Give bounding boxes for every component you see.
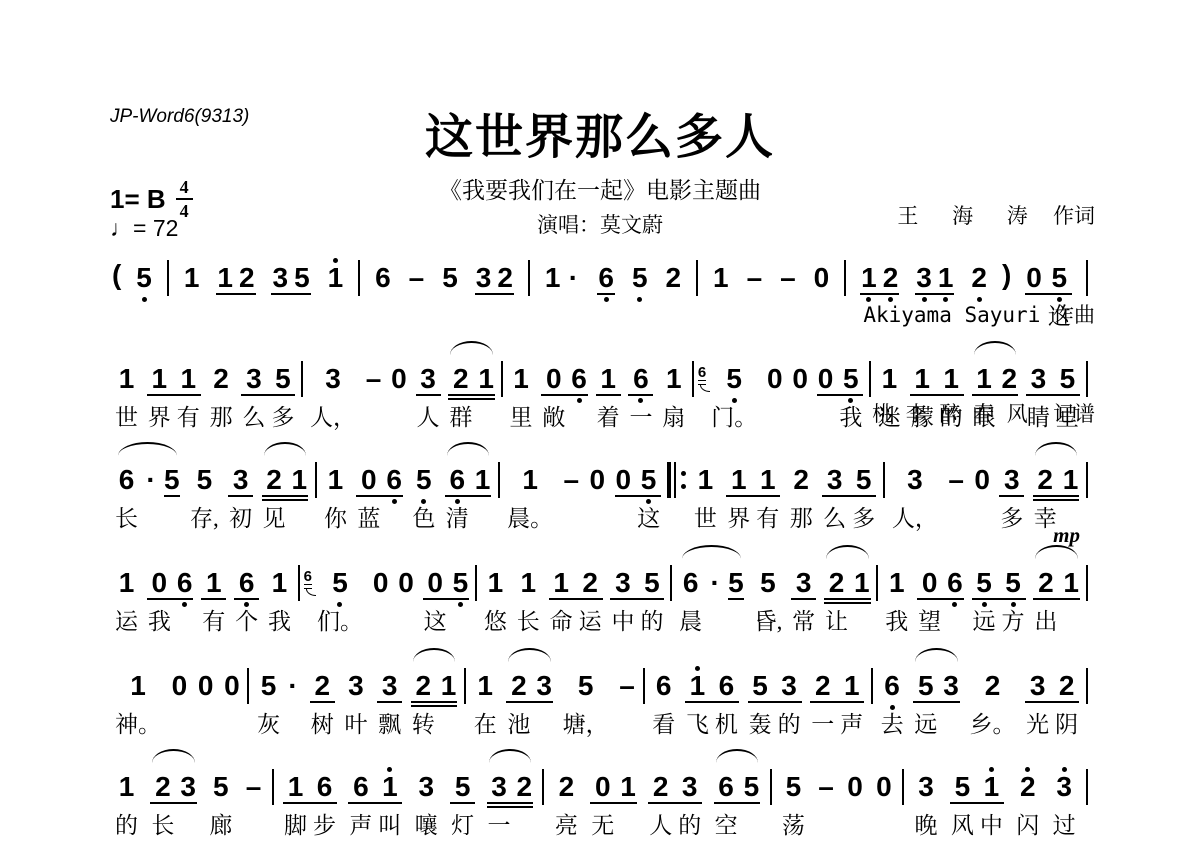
digit: 5: [133, 254, 155, 330]
digit-group: 5: [439, 254, 461, 330]
octave-dot-low: [182, 602, 187, 607]
tempo-marking: ♩= 72: [110, 215, 178, 242]
numeral: 6: [353, 772, 369, 802]
digit-group: 35: [269, 254, 312, 330]
slur-area: [346, 749, 404, 763]
lyric: 常: [792, 608, 815, 635]
lyric: 树: [311, 711, 334, 738]
numeral: 2: [971, 263, 987, 293]
note-token: 1迷: [875, 341, 904, 431]
digit-group: 3么5多: [820, 456, 878, 532]
digit-group: 2转1: [409, 662, 460, 738]
numeral: 5: [786, 772, 802, 802]
note-token: 0: [971, 442, 993, 532]
digit-group: 2幸1: [1031, 456, 1082, 532]
note-token: –: [815, 749, 837, 839]
lyric: 乡。: [970, 711, 1016, 738]
digit-group: 6: [372, 254, 394, 330]
barline: [1086, 462, 1088, 498]
digit-group: 3多: [997, 456, 1026, 532]
digit: 3: [473, 254, 495, 330]
lyric: 有: [756, 505, 779, 532]
beam-underline: [377, 701, 402, 703]
numeral: 0: [767, 364, 783, 394]
slur-area: [875, 341, 904, 355]
grace-note: 6: [698, 365, 706, 380]
slur-area: [608, 545, 666, 559]
digit: 3: [913, 254, 935, 330]
digit: 5: [439, 254, 461, 330]
digit: 2: [494, 254, 516, 330]
note-token: 1命2运: [547, 545, 605, 635]
note-token: 1神。: [112, 648, 164, 738]
octave-dot-low: [421, 499, 426, 504]
repeat-dots: [681, 462, 686, 498]
beam-underline: [241, 394, 295, 396]
slur-area: [354, 442, 405, 456]
note-token: 2闪: [1013, 749, 1042, 839]
octave-dot-low: [732, 398, 737, 403]
beam-underline: [913, 701, 960, 703]
note-token: 5荡: [779, 749, 808, 839]
digit-group: 1晨。: [504, 456, 556, 532]
digit-group: 3过: [1050, 763, 1079, 839]
barline: [272, 769, 274, 805]
slur-icon: [1035, 442, 1078, 456]
slur-area: [547, 545, 605, 559]
digit-group: 05这: [613, 456, 664, 532]
sheet-music-page: JP-Word6(9313) 这世界那么多人 《我要我们在一起》电影主题曲 演唱…: [0, 0, 1200, 850]
numeral: 5: [726, 364, 742, 394]
parenthesis: ): [1002, 260, 1011, 290]
slur-area: [1050, 749, 1079, 763]
low-dot-slot: [337, 598, 342, 608]
digit-group: 3叶: [341, 662, 370, 738]
note-token: 65们。: [304, 545, 366, 635]
slur-icon: [450, 341, 493, 355]
lyric: 灯: [451, 812, 474, 839]
beam-underline: [271, 293, 310, 295]
digit-group: 2人3的: [646, 763, 704, 839]
parenthesis: (: [112, 260, 121, 290]
digit: –: [815, 763, 837, 839]
numeral: 3: [382, 671, 398, 701]
slur-area: [561, 442, 583, 456]
octave-dot-low: [392, 499, 397, 504]
slur-icon: [974, 341, 1017, 355]
digit: 6长: [112, 456, 141, 532]
key-signature: 1= B 4 4: [110, 178, 193, 220]
note-token: 1: [710, 240, 732, 330]
score-line: 1神。0005灰·2树3叶3飘2转11在2池35塘，–6看1飞6机5轰3的2一1…: [112, 648, 1088, 738]
digit: 5廊: [206, 763, 235, 839]
digit: 6一: [626, 355, 655, 431]
numeral: ·: [708, 568, 722, 598]
numeral: 0: [818, 364, 834, 394]
numeral: 6: [719, 671, 735, 701]
slur-area: [691, 442, 720, 456]
digit-group: 0蓝6: [354, 456, 405, 532]
slur-area: [112, 442, 183, 456]
note-token: 3初: [226, 442, 255, 532]
digit-group: –: [945, 456, 967, 532]
slur-area: [779, 749, 808, 763]
digit-group: 5风1中: [948, 763, 1006, 839]
slur-area: [395, 545, 417, 559]
note-token: 2长3: [148, 749, 199, 839]
digit-group: 2: [663, 254, 685, 330]
note-token: 0无1: [588, 749, 639, 839]
note-token: 3一2: [485, 749, 536, 839]
barline: [692, 361, 694, 397]
digit-group: 5远3: [911, 662, 962, 738]
lyric: 光: [1026, 711, 1049, 738]
octave-dot-low: [646, 499, 651, 504]
low-dot-slot: [890, 701, 895, 711]
slur-area: [746, 648, 804, 662]
digit-group: 0我6: [145, 559, 196, 635]
digit-group: 2见1: [260, 456, 311, 532]
digit-group: 1运: [112, 559, 141, 635]
slur-area: [206, 749, 235, 763]
digit: 5昏,: [751, 559, 786, 635]
digit: 6: [383, 456, 405, 532]
numeral: 2: [582, 568, 598, 598]
numeral: 5: [136, 263, 152, 293]
slur-area: [968, 240, 990, 254]
digit: 1: [617, 763, 639, 839]
beam-underline: [506, 701, 553, 703]
note-token: 5风1中: [948, 749, 1006, 839]
digit: 0: [395, 559, 417, 635]
digit: 2亮: [552, 763, 581, 839]
slur-icon: [118, 442, 177, 456]
numeral: 1: [600, 364, 616, 394]
note-token: 2那: [787, 442, 816, 532]
barline: [871, 668, 873, 704]
numeral: 3: [916, 263, 932, 293]
low-dot-slot: [637, 293, 642, 303]
digit-group: 12: [858, 254, 901, 330]
lyric: 命: [550, 608, 573, 635]
note-token: 5色: [409, 442, 438, 532]
digit: 5轰: [746, 662, 775, 738]
octave-dot-low: [604, 297, 609, 302]
numeral: 1: [938, 263, 954, 293]
digit: 5们。: [314, 559, 366, 635]
numeral: 3: [420, 364, 436, 394]
numeral: 0: [152, 568, 168, 598]
lyric: 闪: [1016, 812, 1039, 839]
digit-group: 1世: [112, 355, 141, 431]
digit-group: 1命2运: [547, 559, 605, 635]
digit: 0: [971, 456, 993, 532]
lyric: 着: [597, 404, 620, 431]
slur-area: [646, 749, 704, 763]
digit: 3嚷: [412, 763, 441, 839]
lyric: 有: [177, 404, 200, 431]
slur-area: [281, 749, 339, 763]
barline: [696, 260, 698, 296]
digit: 5灯: [448, 763, 477, 839]
beam-underline: [448, 394, 495, 396]
slur-area: [789, 545, 818, 559]
slur-area: [595, 240, 617, 254]
numeral: 2: [1002, 364, 1018, 394]
numeral: 2: [497, 263, 513, 293]
note-token: 0: [811, 240, 833, 330]
note-token: 12: [214, 240, 257, 330]
digit: 0望: [915, 559, 944, 635]
note-token: 3嚷: [412, 749, 441, 839]
digit: 2闪: [1013, 763, 1042, 839]
numeral: 6: [386, 465, 402, 495]
lyric: 里: [1056, 404, 1079, 431]
digit: 5风: [948, 763, 977, 839]
numeral: 5: [261, 671, 277, 701]
numeral: 1: [553, 568, 569, 598]
beam-underline: [628, 394, 653, 396]
digit: 3: [940, 662, 962, 738]
note-token: 6: [372, 240, 394, 330]
note-token: 0: [844, 749, 866, 839]
digit-group: 2: [968, 254, 990, 330]
slur-area: [698, 341, 760, 355]
beam-underline: [615, 495, 662, 497]
note-token: 2亮: [552, 749, 581, 839]
numeral: 6: [683, 568, 699, 598]
numeral: 2: [239, 263, 255, 293]
lyric: 风: [951, 812, 974, 839]
numeral: 0: [172, 671, 188, 701]
digit: 0: [221, 662, 243, 738]
digit: 1有: [753, 456, 782, 532]
numeral: 3: [918, 772, 934, 802]
slur-area: [882, 545, 911, 559]
lyric: 多: [852, 505, 875, 532]
slur-area: [473, 240, 516, 254]
digit: 6声: [346, 763, 375, 839]
digit: ·: [283, 662, 303, 738]
beam-underline: [748, 701, 802, 703]
digit-group: 2长3: [148, 763, 199, 839]
lyric: 一: [488, 812, 511, 839]
key-label: 1= B: [110, 184, 166, 215]
beam-underline: [234, 598, 259, 600]
note-token: 0: [395, 545, 417, 635]
octave-dot-low: [577, 398, 582, 403]
lyric: 世: [115, 404, 138, 431]
slur-area: [616, 648, 638, 662]
note-token: 0我6: [145, 545, 196, 635]
note-token: 5远5方: [970, 545, 1028, 635]
note-token: 1界1有: [145, 341, 203, 431]
note-token: 1在: [471, 648, 500, 738]
digit: 1有: [174, 355, 203, 431]
numeral: 2: [155, 772, 171, 802]
numeral: 1: [698, 465, 714, 495]
numeral: 2: [266, 465, 282, 495]
digit: 5这: [634, 456, 663, 532]
note-token: 2: [968, 240, 990, 330]
slur-area: [507, 341, 536, 355]
octave-dot-low: [866, 297, 871, 302]
digit: 1: [475, 355, 497, 431]
note-token: 1里: [507, 341, 536, 431]
numeral: 5: [164, 465, 180, 497]
numeral: 5: [455, 772, 471, 802]
note-token: 05我: [815, 341, 866, 431]
numeral: 1: [713, 263, 729, 293]
slur-area: [448, 749, 477, 763]
digit-group: 1界1有: [724, 456, 782, 532]
digit: 1: [472, 456, 494, 532]
note-token: 2池3: [504, 648, 555, 738]
lyric: 飞: [686, 711, 709, 738]
digit: 0: [613, 456, 635, 532]
octave-dot-low: [982, 602, 987, 607]
digit-group: 2亮: [552, 763, 581, 839]
slur-area: [304, 545, 366, 559]
numeral: 1: [889, 568, 905, 598]
digit: 5门。: [708, 355, 760, 431]
note-token: 6声1叫: [346, 749, 404, 839]
note-token: 32: [473, 240, 516, 330]
digit: –: [363, 355, 385, 431]
digit: 5多: [849, 456, 878, 532]
slur-area: [808, 648, 866, 662]
octave-dot-low: [638, 398, 643, 403]
numeral: 5: [641, 465, 657, 495]
digit: 1飞: [683, 662, 712, 738]
barline: [869, 361, 871, 397]
numeral: 3: [943, 671, 959, 701]
note-token: 1世: [112, 341, 141, 431]
digit: 0: [789, 355, 811, 431]
slur-area: [239, 341, 297, 355]
digit-group: 0: [971, 456, 993, 532]
lyric: 声: [840, 711, 863, 738]
numeral: 1: [478, 364, 494, 394]
digit: ·: [705, 559, 725, 635]
digit-group: 3人，: [307, 355, 359, 431]
numeral: 5: [453, 568, 469, 598]
digit: 2树: [308, 662, 337, 738]
lyric: 轰: [749, 711, 772, 738]
numeral: 5: [744, 772, 760, 802]
beam-underline: [910, 394, 964, 396]
digit-group: 1里: [507, 355, 536, 431]
digit-group: 1我: [265, 559, 294, 635]
digit-group: 1·: [542, 254, 584, 330]
numeral: 3: [272, 263, 288, 293]
slur-area: [588, 749, 639, 763]
numeral: 1: [152, 364, 168, 394]
note-token: 5轰3的: [746, 648, 804, 738]
numeral: 1: [217, 263, 233, 293]
digit: 0蓝: [354, 456, 383, 532]
slur-area: [481, 545, 510, 559]
numeral: 0: [1026, 263, 1042, 293]
octave-dot-low: [244, 602, 249, 607]
digit-group: 5色: [409, 456, 438, 532]
digit-group: 6长·5: [112, 456, 183, 534]
note-token: 3晚: [912, 749, 941, 839]
numeral: 3: [1031, 364, 1047, 394]
digit: 1: [851, 559, 873, 635]
lyric: 运: [115, 608, 138, 635]
numeral: 1: [382, 772, 398, 802]
digit: 5: [291, 254, 313, 330]
note-token: 0这5: [421, 545, 472, 635]
numeral: 2: [985, 671, 1001, 701]
digit: 1有: [199, 559, 228, 635]
lyric: 荡: [782, 812, 805, 839]
note-token: 2树: [308, 648, 337, 738]
slur-area: [232, 545, 261, 559]
digit: ·: [563, 254, 583, 330]
numeral: 2: [1059, 671, 1075, 701]
note-token: 1脚6步: [281, 749, 339, 839]
numeral: 5: [416, 465, 432, 495]
digit: 5的: [637, 559, 666, 635]
digit-group: 2那: [207, 355, 236, 431]
note-token: 0: [764, 341, 786, 431]
note-token: 6空5: [712, 749, 763, 839]
score-line: 1的2长35廊–1脚6步6声1叫3嚷5灯3一22亮0无12人3的6空55荡–00…: [112, 749, 1088, 839]
slur-area: [370, 545, 392, 559]
lyric: 叶: [344, 711, 367, 738]
slur-area: [787, 442, 816, 456]
digit: 5这: [1045, 254, 1074, 330]
slur-area: [815, 341, 866, 355]
numeral: ·: [144, 465, 158, 495]
digit: 3人，: [307, 355, 359, 431]
slur-area: [1023, 240, 1074, 254]
lyric: 个: [235, 608, 258, 635]
lyric: 里: [510, 404, 533, 431]
digit: –: [616, 662, 638, 738]
beam-underline: [596, 394, 621, 396]
digit-group: 1我: [882, 559, 911, 635]
numeral: 2: [517, 772, 533, 802]
note-token: 1你: [321, 442, 350, 532]
lyric: 的: [640, 608, 663, 635]
slur-area: [542, 240, 584, 254]
numeral: 2: [793, 465, 809, 495]
digit: 1: [289, 456, 311, 532]
digit: 3飘: [375, 662, 404, 738]
digit-group: 1扇: [659, 355, 688, 431]
slur-icon: [716, 749, 759, 763]
numeral: 1: [292, 465, 308, 495]
slur-area: [1023, 648, 1081, 662]
slur-area: [148, 749, 199, 763]
barline: [643, 668, 645, 704]
grace-note: 6: [304, 569, 312, 584]
slur-area: [260, 442, 311, 456]
lyric: 我: [268, 608, 291, 635]
digit-group: 3一2: [485, 763, 536, 839]
digit-group: 2那: [787, 456, 816, 532]
lyric: 晚: [915, 812, 938, 839]
slur-area: [341, 648, 370, 662]
low-dot-slot: [732, 394, 737, 404]
octave-dot-low: [142, 297, 147, 302]
digit-group: 5轰3的: [746, 662, 804, 738]
digit: 2人: [646, 763, 675, 839]
lyric: 那: [210, 404, 233, 431]
